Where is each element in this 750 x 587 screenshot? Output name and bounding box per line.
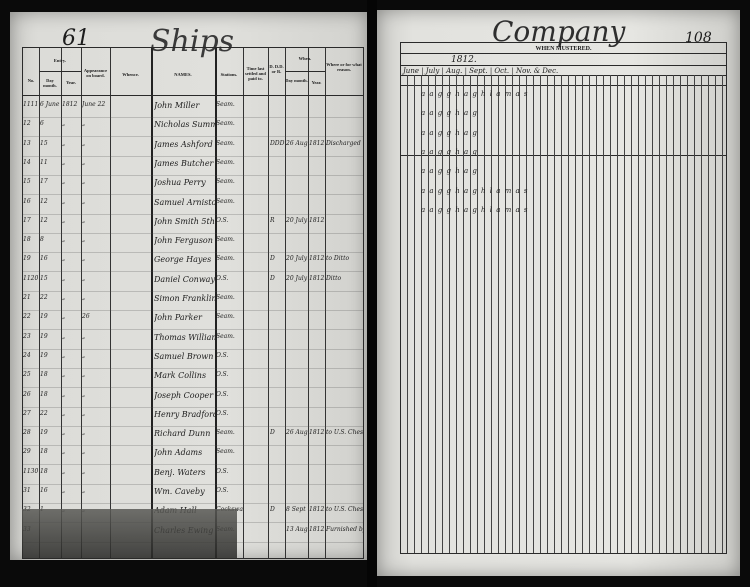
row-reason: Ditto xyxy=(326,275,363,282)
row-no: 27 xyxy=(23,410,39,417)
row-appearance: „ xyxy=(82,429,110,436)
row-entry-day: 22 xyxy=(40,410,61,417)
row-entry-day: 12 xyxy=(40,217,61,224)
row-name: Joshua Perry xyxy=(154,178,215,187)
grid-column-line xyxy=(708,75,709,553)
row-no: 12 xyxy=(23,120,39,127)
row-appearance: „ xyxy=(82,178,110,185)
row-station: Seam. xyxy=(216,448,243,455)
row-name: John Adams xyxy=(154,448,215,457)
row-reason: Discharged xyxy=(326,140,363,147)
row-no: 26 xyxy=(23,391,39,398)
row-entry-year: „ xyxy=(62,294,81,301)
row-entry-day: 11 xyxy=(40,159,61,166)
header-when: When. xyxy=(285,56,325,61)
grid-column-line xyxy=(680,75,681,553)
grid-column-line xyxy=(540,75,541,553)
grid-column-line xyxy=(617,75,618,553)
row-name: Samuel Arniston xyxy=(154,198,215,207)
row-station: O.S. xyxy=(216,217,243,224)
table-row: 1517„„Joshua PerrySeam. xyxy=(23,175,363,195)
row-dd: R xyxy=(270,217,285,224)
row-name: John Ferguson xyxy=(154,236,215,245)
row-entry-day: 16 xyxy=(40,487,61,494)
grid-column-line xyxy=(554,75,555,553)
row-name: John Smith 5th xyxy=(154,217,215,226)
row-name: John Parker xyxy=(154,313,215,322)
row-name: Samuel Brown xyxy=(154,352,215,361)
left-page: 61 Ships No. Entry. Day month. Year. App… xyxy=(10,12,367,560)
row-dd: D xyxy=(270,275,285,282)
header-entry: Entry. xyxy=(39,58,81,63)
row-no: 16 xyxy=(23,198,39,205)
row-station: O.S. xyxy=(216,410,243,417)
row-entry-day: 16 xyxy=(40,255,61,262)
grid-column-line xyxy=(575,75,576,553)
row-entry-day: 15 xyxy=(40,140,61,147)
table-row: 2618„„Joseph CooperO.S. xyxy=(23,388,363,408)
row-when-day: 8 Sept xyxy=(286,506,308,513)
row-name: James Butcher xyxy=(154,159,215,168)
row-entry-year: „ xyxy=(62,120,81,127)
row-entry-day: 19 xyxy=(40,352,61,359)
grid-column-line xyxy=(407,75,408,553)
row-when-year: 1812 xyxy=(309,255,325,262)
header-entry-year: Year. xyxy=(61,80,81,85)
row-when-day: 20 July xyxy=(286,217,308,224)
table-row: 1315„„James AshfordSeam.DDD26 Aug1812Dis… xyxy=(23,137,363,157)
row-appearance: „ xyxy=(82,255,110,262)
row-station: Seam. xyxy=(216,159,243,166)
row-appearance: „ xyxy=(82,333,110,340)
row-entry-year: „ xyxy=(62,487,81,494)
header-where-reason: Where or for what reason. xyxy=(325,62,363,72)
muster-table: No. Entry. Day month. Year. Appearance o… xyxy=(22,47,364,559)
row-appearance: „ xyxy=(82,487,110,494)
muster-year: 1812. xyxy=(451,55,477,65)
grid-column-line xyxy=(582,75,583,553)
row-entry-day: 19 xyxy=(40,429,61,436)
row-entry-year: „ xyxy=(62,468,81,475)
row-appearance: „ xyxy=(82,352,110,359)
header-time-last-settled: Time last settled and paid to. xyxy=(243,66,268,81)
row-appearance: „ xyxy=(82,159,110,166)
row-no: 23 xyxy=(23,333,39,340)
header-when-day-month: Day month. xyxy=(285,78,308,83)
grid-column-line xyxy=(610,75,611,553)
damaged-area xyxy=(22,509,237,559)
row-when-year: 1812 xyxy=(309,429,325,436)
row-entry-year: „ xyxy=(62,333,81,340)
row-when-day: 13 Aug xyxy=(286,526,308,533)
row-no: 1120 xyxy=(23,275,39,282)
row-no: 22 xyxy=(23,313,39,320)
grid-column-line xyxy=(568,75,569,553)
row-dd: D xyxy=(270,506,285,513)
row-appearance: „ xyxy=(82,198,110,205)
grid-column-line xyxy=(715,75,716,553)
row-entry-year: „ xyxy=(62,391,81,398)
row-when-year: 1812 xyxy=(309,275,325,282)
row-entry-year: „ xyxy=(62,352,81,359)
row-dd: DDD xyxy=(270,140,285,147)
row-no: 28 xyxy=(23,429,39,436)
row-no: 17 xyxy=(23,217,39,224)
table-row: 112015„„Daniel ConwayO.S.D20 July1812Dit… xyxy=(23,272,363,292)
table-row: 2819„„Richard DunnSeam.D26 Aug1812to U.S… xyxy=(23,426,363,446)
header-appearance: Appearance on board. xyxy=(81,68,110,78)
grid-column-line xyxy=(561,75,562,553)
row-no: 1111 xyxy=(23,101,39,108)
row-reason: to Ditto xyxy=(326,255,363,262)
row-station: Seam. xyxy=(216,294,243,301)
row-entry-year: „ xyxy=(62,140,81,147)
grid-column-line xyxy=(449,75,450,553)
table-row: 2419„„Samuel BrownO.S. xyxy=(23,349,363,369)
row-entry-day: 18 xyxy=(40,391,61,398)
row-appearance: „ xyxy=(82,275,110,282)
right-page: Company 108 WHEN MUSTERED. 1812. June | … xyxy=(377,10,740,576)
table-row: 1916„„George HayesSeam.D20 July1812to Di… xyxy=(23,252,363,272)
table-row: 2319„„Thomas WilliamsSeam. xyxy=(23,330,363,350)
row-no: 29 xyxy=(23,448,39,455)
row-station: O.S. xyxy=(216,275,243,282)
header-stations: Stations. xyxy=(215,72,243,77)
table-row: 1712„„John Smith 5thO.S.R20 July1812 xyxy=(23,214,363,234)
row-station: O.S. xyxy=(216,371,243,378)
row-appearance: „ xyxy=(82,294,110,301)
row-entry-day: 15 xyxy=(40,275,61,282)
row-name: Nicholas Summers xyxy=(154,120,215,129)
row-appearance: 26 xyxy=(82,313,110,320)
row-entry-day: 19 xyxy=(40,313,61,320)
row-no: 14 xyxy=(23,159,39,166)
grid-column-line xyxy=(624,75,625,553)
row-entry-day: 12 xyxy=(40,198,61,205)
muster-mark-row: a a g g h a g xyxy=(421,148,478,156)
table-row: 2122„„Simon FranklinSeam. xyxy=(23,291,363,311)
row-entry-day: 6 June xyxy=(40,101,61,108)
grid-column-line xyxy=(687,75,688,553)
row-when-year: 1812 xyxy=(309,140,325,147)
row-station: Seam. xyxy=(216,101,243,108)
row-reason: to U.S. Chest. xyxy=(326,429,363,436)
row-appearance: „ xyxy=(82,371,110,378)
row-dd: D xyxy=(270,255,285,262)
row-appearance: „ xyxy=(82,236,110,243)
muster-mark-row: a a g g h a g h l a m a s xyxy=(421,187,529,195)
row-name: George Hayes xyxy=(154,255,215,264)
grid-column-line xyxy=(505,75,506,553)
row-no: 31 xyxy=(23,487,39,494)
row-entry-year: „ xyxy=(62,217,81,224)
row-when-day: 26 Aug xyxy=(286,140,308,147)
grid-column-line xyxy=(414,75,415,553)
grid-column-line xyxy=(498,75,499,553)
row-name: Joseph Cooper xyxy=(154,391,215,400)
row-station: Seam. xyxy=(216,198,243,205)
grid-column-line xyxy=(701,75,702,553)
row-entry-year: „ xyxy=(62,275,81,282)
grid-column-line xyxy=(638,75,639,553)
muster-months: June | July | Aug. | Sept. | Oct. | Nov.… xyxy=(403,67,558,75)
row-name: Daniel Conway xyxy=(154,275,215,284)
row-station: Seam. xyxy=(216,313,243,320)
row-when-year: 1812 xyxy=(309,506,325,513)
grid-column-line xyxy=(547,75,548,553)
muster-mark-row: a a g g h a g h l a m a s xyxy=(421,206,529,214)
row-name: Thomas Williams xyxy=(154,333,215,342)
row-entry-year: „ xyxy=(62,448,81,455)
row-entry-year: „ xyxy=(62,178,81,185)
muster-mark-row: a a g g h a g h l a m a s xyxy=(421,90,529,98)
table-row: 126„„Nicholas SummersSeam. xyxy=(23,117,363,137)
row-no: 1130 xyxy=(23,468,39,475)
row-entry-year: „ xyxy=(62,236,81,243)
row-station: O.S. xyxy=(216,352,243,359)
grid-column-line xyxy=(512,75,513,553)
row-entry-year: „ xyxy=(62,255,81,262)
row-name: Benj. Waters xyxy=(154,468,215,477)
row-entry-day: 18 xyxy=(40,448,61,455)
muster-mark-row: a a g g h a g xyxy=(421,167,478,175)
row-station: O.S. xyxy=(216,468,243,475)
grid-column-line xyxy=(519,75,520,553)
when-mustered-header: WHEN MUSTERED. xyxy=(401,46,726,52)
row-name: James Ashford xyxy=(154,140,215,149)
row-name: Henry Bradford xyxy=(154,410,215,419)
row-when-day: 20 July xyxy=(286,255,308,262)
grid-column-line xyxy=(456,75,457,553)
row-no: 15 xyxy=(23,178,39,185)
row-name: Simon Franklin xyxy=(154,294,215,303)
row-appearance: „ xyxy=(82,410,110,417)
row-no: 25 xyxy=(23,371,39,378)
row-entry-day: 19 xyxy=(40,333,61,340)
row-station: Seam. xyxy=(216,140,243,147)
row-entry-day: 17 xyxy=(40,178,61,185)
row-entry-year: „ xyxy=(62,198,81,205)
row-entry-day: 22 xyxy=(40,294,61,301)
row-when-day: 20 July xyxy=(286,275,308,282)
grid-column-line xyxy=(631,75,632,553)
grid-column-line xyxy=(533,75,534,553)
row-no: 19 xyxy=(23,255,39,262)
table-row: 1612„„Samuel ArnistonSeam. xyxy=(23,195,363,215)
grid-column-line xyxy=(470,75,471,553)
row-station: O.S. xyxy=(216,391,243,398)
mustered-grid: WHEN MUSTERED. 1812. June | July | Aug. … xyxy=(400,42,727,554)
row-station: Seam. xyxy=(216,333,243,340)
row-no: 24 xyxy=(23,352,39,359)
header-no: No. xyxy=(23,78,39,83)
grid-column-line xyxy=(491,75,492,553)
row-no: 21 xyxy=(23,294,39,301)
header-whence: Whence. xyxy=(110,72,151,77)
table-row: 2918„„John AdamsSeam. xyxy=(23,445,363,465)
grid-column-line xyxy=(421,75,422,553)
row-entry-day: 18 xyxy=(40,371,61,378)
row-entry-year: „ xyxy=(62,429,81,436)
grid-column-line xyxy=(526,75,527,553)
grid-column-line xyxy=(463,75,464,553)
row-appearance: „ xyxy=(82,120,110,127)
header-d-dd-r: D. D.D. or R. xyxy=(268,64,285,74)
row-appearance: „ xyxy=(82,391,110,398)
header-names: NAMES. xyxy=(151,72,215,77)
muster-mark-row: a a g g h a g xyxy=(421,129,478,137)
row-dd: D xyxy=(270,429,285,436)
muster-mark-row: a a g g h a g xyxy=(421,109,478,117)
table-row: 2722„„Henry BradfordO.S. xyxy=(23,407,363,427)
row-name: John Miller xyxy=(154,101,215,110)
row-no: 13 xyxy=(23,140,39,147)
table-row: 188„„John FergusonSeam. xyxy=(23,233,363,253)
grid-column-line xyxy=(666,75,667,553)
row-station: Seam. xyxy=(216,236,243,243)
row-entry-year: „ xyxy=(62,159,81,166)
grid-column-line xyxy=(652,75,653,553)
table-row: 113018„„Benj. WatersO.S. xyxy=(23,465,363,485)
row-appearance: June 22 xyxy=(82,101,110,108)
grid-column-line xyxy=(484,75,485,553)
row-entry-year: „ xyxy=(62,410,81,417)
row-entry-year: „ xyxy=(62,313,81,320)
row-station: Seam. xyxy=(216,429,243,436)
table-row: 3116„„Wm. CavebyO.S. xyxy=(23,484,363,504)
table-row: 1411„„James ButcherSeam. xyxy=(23,156,363,176)
row-when-day: 26 Aug xyxy=(286,429,308,436)
grid-column-line xyxy=(722,75,723,553)
grid-column-line xyxy=(645,75,646,553)
row-station: Seam. xyxy=(216,120,243,127)
row-entry-day: 18 xyxy=(40,468,61,475)
row-reason: to U.S. Chest xyxy=(326,506,363,513)
row-appearance: „ xyxy=(82,140,110,147)
row-name: Richard Dunn xyxy=(154,429,215,438)
grid-column-line xyxy=(659,75,660,553)
grid-column-line xyxy=(435,75,436,553)
row-appearance: „ xyxy=(82,217,110,224)
row-entry-day: 6 xyxy=(40,120,61,127)
grid-column-line xyxy=(603,75,604,553)
grid-column-line xyxy=(694,75,695,553)
book-spine xyxy=(367,0,377,587)
row-station: O.S. xyxy=(216,487,243,494)
grid-column-line xyxy=(442,75,443,553)
row-reason: Furnished by Capt. xyxy=(326,526,363,533)
grid-column-line xyxy=(596,75,597,553)
header-entry-day-month: Day month. xyxy=(39,78,61,88)
row-appearance: „ xyxy=(82,468,110,475)
grid-column-line xyxy=(477,75,478,553)
row-entry-year: 1812 xyxy=(62,101,81,108)
table-row: 2518„„Mark CollinsO.S. xyxy=(23,368,363,388)
row-station: Seam. xyxy=(216,178,243,185)
grid-column-line xyxy=(428,75,429,553)
row-name: Wm. Caveby xyxy=(154,487,215,496)
grid-column-line xyxy=(673,75,674,553)
row-no: 18 xyxy=(23,236,39,243)
grid-column-line xyxy=(589,75,590,553)
row-station: Seam. xyxy=(216,255,243,262)
table-row: 2219„26John ParkerSeam. xyxy=(23,310,363,330)
row-entry-day: 8 xyxy=(40,236,61,243)
row-when-year: 1812 xyxy=(309,526,325,533)
table-row: 11116 June1812June 22John MillerSeam. xyxy=(23,98,363,118)
row-appearance: „ xyxy=(82,448,110,455)
header-when-year: Year. xyxy=(308,80,325,85)
row-entry-year: „ xyxy=(62,371,81,378)
row-when-year: 1812 xyxy=(309,217,325,224)
row-name: Mark Collins xyxy=(154,371,215,380)
